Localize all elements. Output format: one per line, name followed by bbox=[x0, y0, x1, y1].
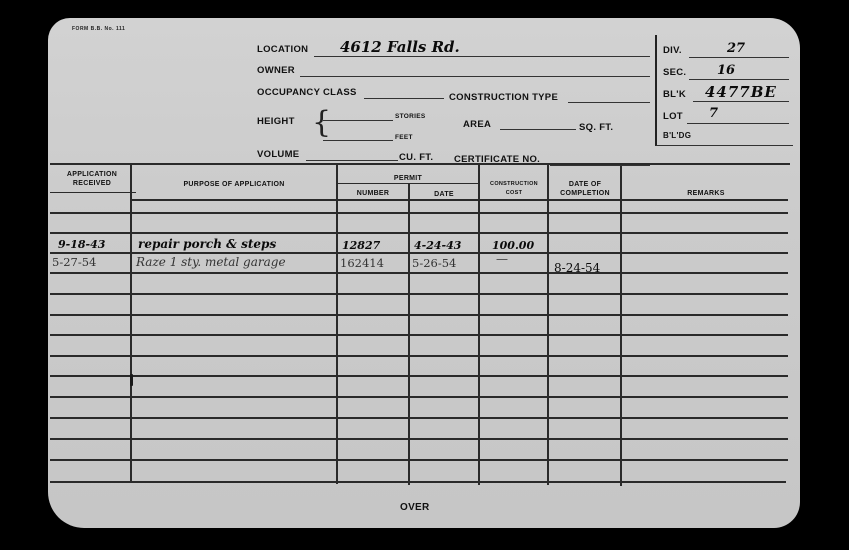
col-header-construction-cost: CONSTRUCTION COST bbox=[482, 180, 546, 198]
cu-ft-label: CU. FT. bbox=[399, 152, 433, 163]
received-cell: 5-27-54 bbox=[52, 255, 96, 269]
row-line bbox=[132, 199, 788, 201]
blk-line bbox=[693, 101, 789, 102]
col-header-permit: PERMIT bbox=[338, 174, 478, 183]
lot-line bbox=[687, 123, 789, 124]
col-header-remarks: REMARKS bbox=[622, 189, 790, 198]
area-label: AREA bbox=[463, 119, 491, 130]
volume-label: VOLUME bbox=[257, 149, 299, 160]
construction-type-line bbox=[568, 102, 650, 103]
brace-glyph: { bbox=[312, 108, 331, 138]
permit-date-cell: 4-24-43 bbox=[414, 239, 461, 252]
lot-value: 7 bbox=[709, 106, 718, 121]
owner-label: OWNER bbox=[257, 65, 295, 76]
row-line bbox=[50, 314, 788, 316]
row-line bbox=[50, 375, 788, 377]
occupancy-class-line bbox=[364, 98, 444, 99]
completion-cell: 8-24-54 bbox=[554, 261, 600, 275]
received-cell: 9-18-43 bbox=[58, 238, 105, 251]
permit-number-cell: 12827 bbox=[342, 239, 380, 252]
col-header-permit-number: NUMBER bbox=[338, 189, 408, 198]
occupancy-class-label: OCCUPANCY CLASS bbox=[257, 87, 357, 98]
row-line bbox=[50, 481, 786, 483]
permit-subheader-line bbox=[337, 183, 478, 184]
div-line bbox=[689, 57, 789, 58]
purpose-cell: Raze 1 sty. metal garage bbox=[136, 255, 286, 269]
stories-label: STORIES bbox=[395, 113, 426, 120]
form-number: FORM B.B. No. 111 bbox=[72, 26, 125, 32]
blk-label: BL'K bbox=[663, 89, 686, 100]
row-line bbox=[50, 212, 788, 214]
row-line bbox=[50, 252, 788, 254]
row-line bbox=[50, 417, 788, 419]
bldg-label: B'L'DG bbox=[663, 131, 691, 140]
row-line bbox=[50, 272, 788, 274]
certificate-no-line bbox=[550, 165, 650, 166]
row-line bbox=[50, 438, 788, 440]
row-line bbox=[50, 459, 788, 461]
row-line bbox=[50, 396, 788, 398]
permit-date-cell: 5-26-54 bbox=[412, 256, 456, 270]
feet-line bbox=[323, 140, 393, 141]
row-line bbox=[50, 355, 788, 357]
col-header-received: APPLICATION RECEIVED bbox=[56, 170, 128, 188]
row-line bbox=[50, 192, 136, 193]
ink-mark bbox=[130, 374, 133, 386]
div-label: DIV. bbox=[663, 45, 682, 56]
area-line bbox=[500, 129, 576, 130]
construction-type-label: CONSTRUCTION TYPE bbox=[449, 92, 558, 103]
sec-line bbox=[689, 79, 789, 80]
owner-line bbox=[300, 76, 650, 77]
property-record-card: FORM B.B. No. 111 LOCATION 4612 Falls Rd… bbox=[48, 18, 800, 528]
row-line bbox=[50, 232, 788, 234]
feet-label: FEET bbox=[395, 134, 413, 141]
sec-value: 16 bbox=[717, 63, 735, 78]
div-value: 27 bbox=[727, 41, 745, 56]
lot-label: LOT bbox=[663, 111, 683, 122]
lot-info-box: DIV. 27 SEC. 16 BL'K 4477BE LOT 7 B'L'DG bbox=[655, 35, 793, 146]
purpose-cell: repair porch & steps bbox=[138, 237, 276, 251]
col-header-completion: DATE OF COMPLETION bbox=[550, 180, 620, 198]
location-value: 4612 Falls Rd. bbox=[340, 38, 460, 56]
table-top-border bbox=[50, 163, 790, 165]
row-line bbox=[50, 334, 788, 336]
volume-line bbox=[306, 160, 398, 161]
cost-cell: 100.00 bbox=[492, 239, 534, 252]
stories-line bbox=[323, 120, 393, 121]
sq-ft-label: SQ. FT. bbox=[579, 122, 613, 133]
sec-label: SEC. bbox=[663, 67, 686, 78]
over-label: OVER bbox=[400, 502, 430, 513]
location-line bbox=[314, 56, 650, 57]
permit-number-cell: 162414 bbox=[340, 256, 384, 270]
col-header-permit-date: DATE bbox=[410, 190, 478, 199]
row-line bbox=[50, 293, 788, 295]
cost-cell: — bbox=[496, 252, 507, 266]
height-label: HEIGHT bbox=[257, 116, 295, 127]
col-header-purpose: PURPOSE OF APPLICATION bbox=[132, 180, 336, 189]
location-label: LOCATION bbox=[257, 44, 308, 55]
blk-value: 4477BE bbox=[705, 83, 777, 101]
